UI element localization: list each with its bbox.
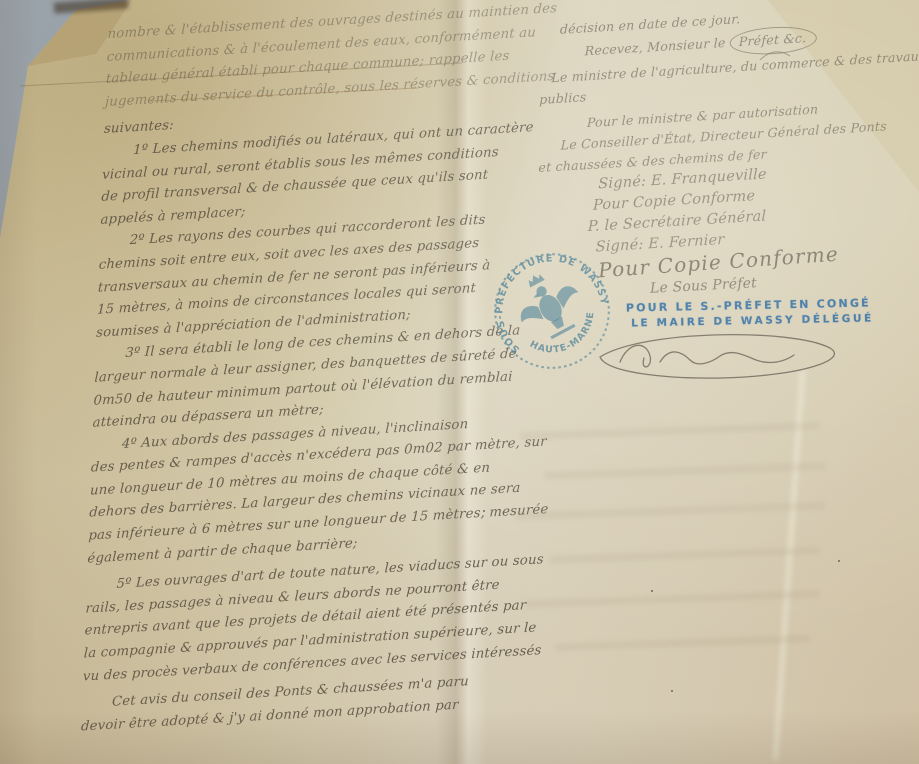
paper-speck: [838, 560, 840, 562]
manuscript-left-page: nombre & l'établissement des ouvrages de…: [81, 1, 514, 739]
paper-speck: [651, 590, 653, 592]
salutation-text: Recevez, Monsieur le: [585, 35, 726, 58]
delegate-stamp: POUR LE S.-PRÉFET EN CONGÉ LE MAIRE DE W…: [626, 296, 874, 329]
manuscript-photo: nombre & l'établissement des ouvrages de…: [0, 0, 919, 764]
manuscript-right-page: décision en date de ce jour. Recevez, Mo…: [537, 0, 910, 262]
paper-speck: [483, 510, 485, 512]
paper-speck: [671, 690, 673, 692]
